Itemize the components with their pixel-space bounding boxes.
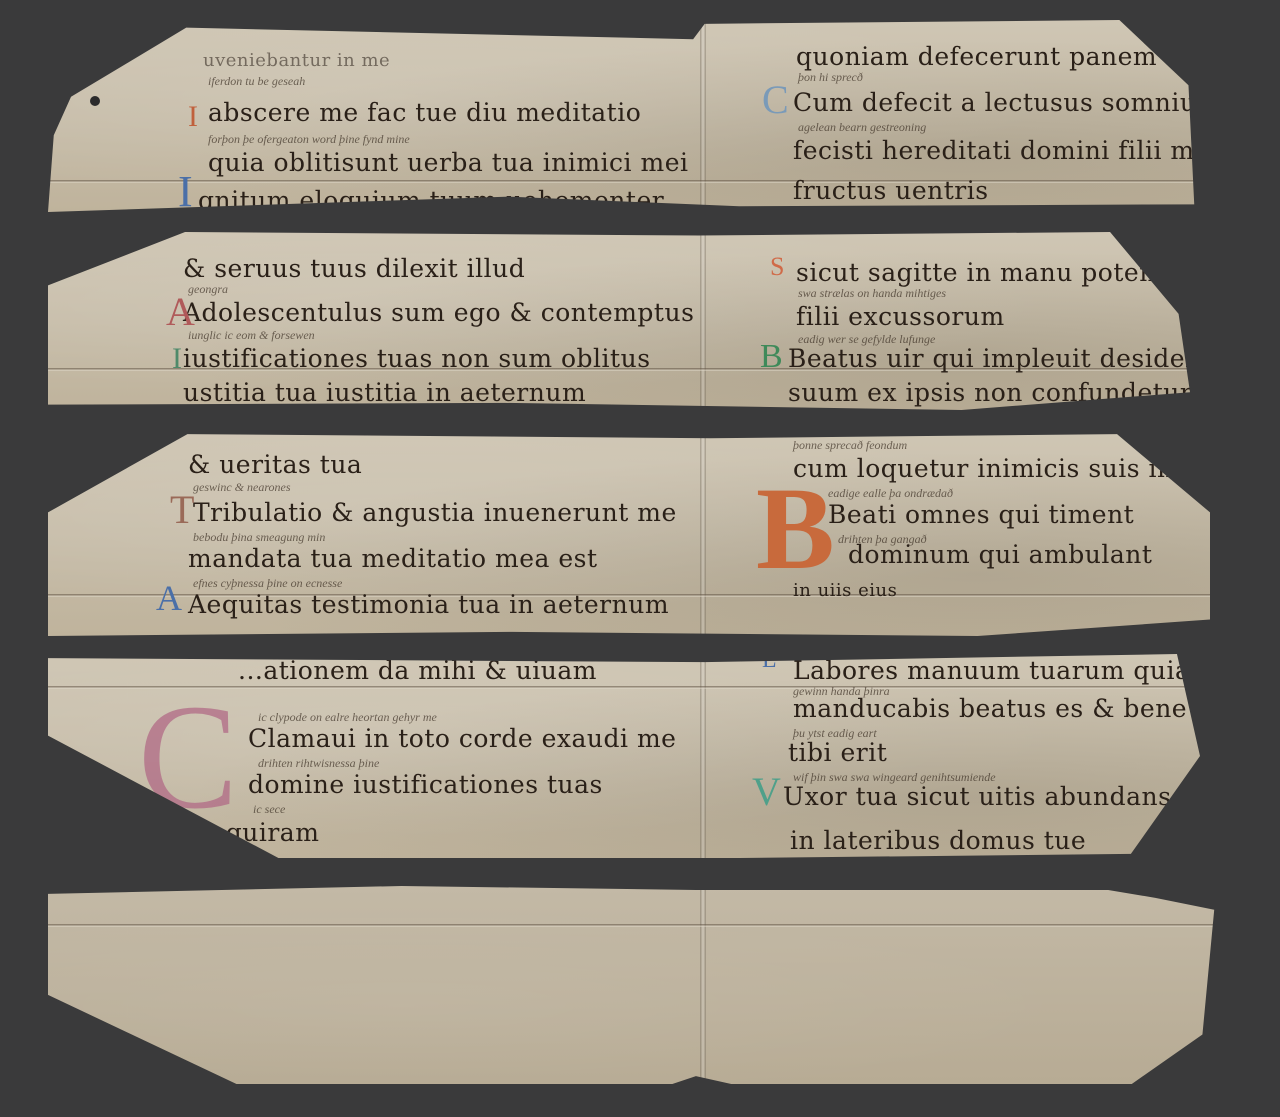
- initial-letter: V: [752, 772, 781, 812]
- text-line: manducabis beatus es & bene: [793, 694, 1187, 723]
- illuminated-initial: B: [756, 470, 835, 588]
- binding-fold: [700, 430, 706, 636]
- initial-letter: I: [172, 344, 182, 374]
- initial-letter: L: [762, 648, 777, 672]
- gloss-line: agelean bearn gestreoning: [798, 120, 926, 135]
- text-line: ...ationem da mihi & uiuam: [238, 656, 597, 685]
- gloss-line: iferdon tu be geseah: [208, 74, 305, 89]
- text-line: quoniam defecerunt panem dolo: [796, 42, 1222, 71]
- text-line: Tribulatio & angustia inuenerunt me: [193, 498, 677, 527]
- text-line: Adolescentulus sum ego & contemptus: [183, 298, 694, 327]
- text-line: & ueritas tua: [188, 450, 362, 479]
- gloss-line: geswinc & nearones: [193, 480, 291, 495]
- text-line: sicut sagitte in manu potentis: [796, 258, 1188, 287]
- gloss-line: drihten rihtwisnessa þine: [258, 756, 379, 771]
- gloss-line: forþon þe ofergeaton word þine fynd mine: [208, 132, 410, 147]
- initial-letter: I: [188, 102, 198, 132]
- text-line: Beati omnes qui timent: [828, 500, 1134, 529]
- text-line: Aequitas testimonia tua in aeternum: [188, 590, 669, 619]
- text-line: uveniebantur in me: [203, 50, 390, 71]
- binding-fold: [700, 20, 706, 212]
- text-line: ustitia tua iustitia in aeternum: [183, 378, 586, 407]
- text-line: fecisti hereditati domini filii merces: [793, 136, 1266, 165]
- initial-letter: T: [170, 490, 194, 530]
- text-line: dominum qui ambulant: [848, 540, 1152, 569]
- text-line: suum ex ipsis non confundetur: [788, 378, 1192, 407]
- parchment-strip-4: ...ationem da mihi & uiuam ic clypode on…: [48, 654, 1200, 858]
- text-line: mandata tua meditatio mea est: [188, 544, 598, 573]
- binding-fold: [700, 232, 706, 410]
- initial-letter: B: [760, 340, 783, 374]
- text-line: Clamaui in toto corde exaudi me: [248, 724, 676, 753]
- parchment-strip-3: & ueritas tua geswinc & nearones Tribula…: [48, 430, 1210, 636]
- parchment-strip-2: & seruus tuus dilexit illud geongra Adol…: [48, 232, 1190, 410]
- worm-hole: [90, 96, 100, 106]
- initial-letter: S: [770, 254, 784, 280]
- text-line: iustificationes tuas non sum oblitus: [183, 344, 651, 373]
- text-line: Labores manuum tuarum quia: [793, 656, 1190, 685]
- horizontal-crease: [48, 924, 1226, 927]
- gloss-line: iunglic ic eom & forsewen: [188, 328, 315, 343]
- text-line: gnitum eloquium tuum uehementer: [198, 186, 664, 215]
- gloss-line: efnes cyþnessa þine on ecnesse: [193, 576, 342, 591]
- initial-letter: A: [166, 292, 195, 332]
- initial-letter: I: [178, 170, 193, 214]
- text-line: quia oblitisunt uerba tua inimici mei: [208, 148, 689, 177]
- gloss-line: swa strælas on handa mihtiges: [798, 286, 946, 301]
- text-line: abscere me fac tue diu meditatio: [208, 98, 641, 127]
- text-line: cum loquetur inimicis suis in p: [793, 454, 1199, 483]
- binding-fold: [700, 654, 706, 858]
- text-line: domine iustificationes tuas: [248, 770, 603, 799]
- initial-letter: A: [156, 580, 182, 616]
- text-line: Cum defecit a lectusus somnium: [793, 88, 1221, 117]
- gloss-line: eadige ealle þa ondrædað: [828, 486, 953, 501]
- parchment-strip-5-blank: [48, 886, 1226, 1084]
- gloss-line: ic sece: [253, 802, 285, 817]
- text-line: fructus uentris: [793, 176, 989, 205]
- text-line: tibi erit: [788, 738, 887, 767]
- initial-letter: C: [762, 80, 789, 120]
- text-line: Beatus uir qui impleuit desiderium: [788, 344, 1247, 373]
- text-line: in lateribus domus tue: [790, 826, 1086, 855]
- gloss-line: ic clypode on ealre heortan gehyr me: [258, 710, 437, 725]
- gloss-line: þon hi sprecð: [798, 70, 863, 85]
- binding-fold: [700, 886, 706, 1084]
- text-line: Uxor tua sicut uitis abundans: [783, 782, 1171, 811]
- gloss-line: bebodu þina smeagung min: [193, 530, 325, 545]
- text-line: & seruus tuus dilexit illud: [183, 254, 525, 283]
- text-line: filii excussorum: [796, 302, 1005, 331]
- illuminated-initial: C: [138, 682, 238, 832]
- parchment-strip-1: uveniebantur in me iferdon tu be geseah …: [48, 20, 1200, 212]
- gloss-line: þonne sprecað feondum: [793, 438, 907, 453]
- horizontal-crease: [48, 180, 1200, 183]
